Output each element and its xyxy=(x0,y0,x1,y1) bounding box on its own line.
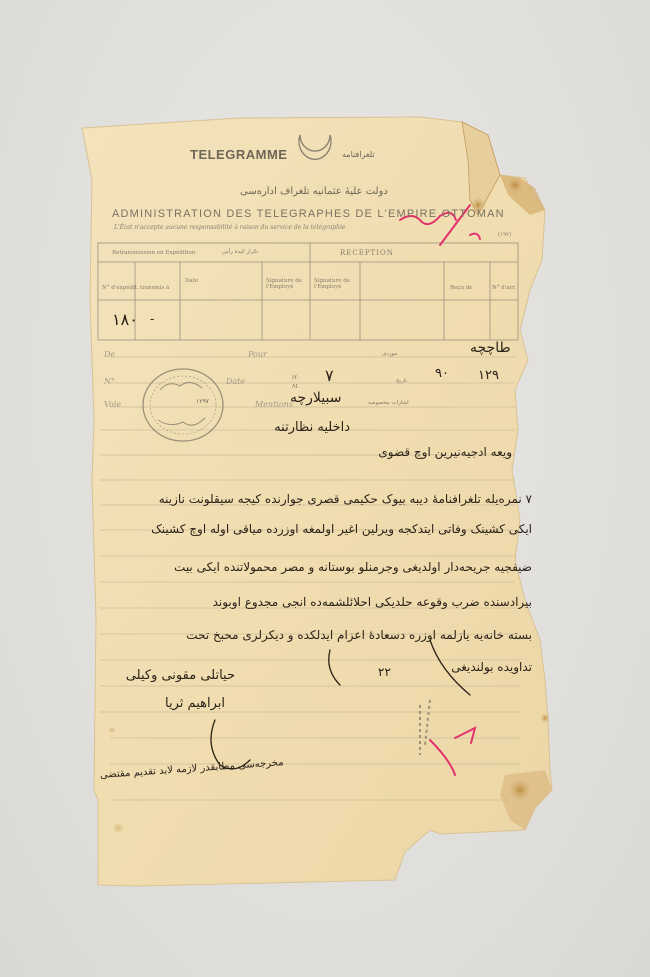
field-de-label: De xyxy=(104,350,115,359)
handwritten-destination: طاچچه xyxy=(470,340,511,356)
col-transmis: transmis à xyxy=(140,285,169,291)
body-line: ایکی کشینک وفاتی ایتدکجه ویرلین اغیر اول… xyxy=(151,522,532,536)
field-voie-label: Voie xyxy=(104,400,121,409)
form-number: (۱۹۲) xyxy=(498,232,511,238)
telegram-paper: TELEGRAMME تلغرافنامه دولت علیهٔ عثمانیه… xyxy=(0,0,650,977)
table-section-reception: RECEPTION xyxy=(340,249,394,257)
body-line: بیرادسنده ضرب وقوعه حلدیکی احلائلشمه‌ده … xyxy=(213,595,532,609)
table-section-transmission-ot: تکرار کیدهٔ رأس xyxy=(222,249,258,255)
body-line: تداویده بولندیغی xyxy=(451,660,532,674)
body-line: ضیفجیه جریحه‌دار اولدیغی وجرمنلو بوستانه… xyxy=(174,560,532,574)
handwritten-transmis: - xyxy=(150,312,154,326)
field-h-label: H. xyxy=(292,375,299,381)
col-signature-employe-2: Signature de l'Employé xyxy=(314,278,358,290)
table-section-transmission: Retransmission en Expédition xyxy=(112,250,195,256)
field-remarks-label: Mentions xyxy=(255,400,293,409)
administration-ot: دولت علیهٔ عثمانیه تلغراف اداره‌سی xyxy=(240,186,388,197)
field-pour-ot: موردی xyxy=(382,351,397,357)
field-pour-label: Pour xyxy=(248,350,267,359)
disclaimer-fr: L'État n'accepte aucune responsabilité à… xyxy=(114,224,345,231)
signature-name: ابراهیم ثریا xyxy=(165,696,225,711)
body-line: ۷ نمره‌یله تلغرافنامهٔ دیبه بیوک حکیمی ق… xyxy=(159,492,532,506)
paper-shape xyxy=(0,0,650,977)
handwritten-voie: سبیلارچه xyxy=(290,390,341,406)
header-title-fr: TELEGRAMME xyxy=(190,147,287,162)
handwritten-date: ۷ xyxy=(325,366,334,385)
col-recu-de: Reçu de xyxy=(450,285,473,291)
col-no-expedition: N° d'expédit. xyxy=(102,285,139,291)
col-signature-employe-1: Signature de l'Employé xyxy=(266,278,308,290)
body-line: ویعه ادجیه‌نیرین اوچ قضوی xyxy=(378,445,512,459)
stamp-year: ١٢٩٧ xyxy=(196,398,209,405)
signature-line: حیاتلی مقونی وکیلی xyxy=(126,668,235,683)
header-title-ot: تلغرافنامه xyxy=(342,150,375,159)
field-tarih-ot: تاریخ xyxy=(396,378,407,384)
field-date-label: Date xyxy=(226,377,245,386)
field-no-label: N° xyxy=(104,377,115,386)
administration-fr: ADMINISTRATION DES TELEGRAPHES DE L'EMPI… xyxy=(112,208,505,220)
field-isharat-ot: اشارات مخصوصه xyxy=(368,400,409,406)
handwritten-expedition-no: ۱۸۰ xyxy=(112,310,138,329)
body-line: داخلیه نظارتنه xyxy=(274,420,350,435)
col-no-arrivee: N° d'arr. xyxy=(492,285,516,291)
col-date: Date xyxy=(185,278,198,284)
handwritten-year: ۱۲۹ xyxy=(478,368,499,383)
body-line: بسته خانه‌یه یازلمه اوزره دسعادهٔ اعزام … xyxy=(186,628,532,642)
signature-initials: ۲۲ xyxy=(378,665,391,679)
handwritten-day: ۹۰ xyxy=(435,366,449,381)
